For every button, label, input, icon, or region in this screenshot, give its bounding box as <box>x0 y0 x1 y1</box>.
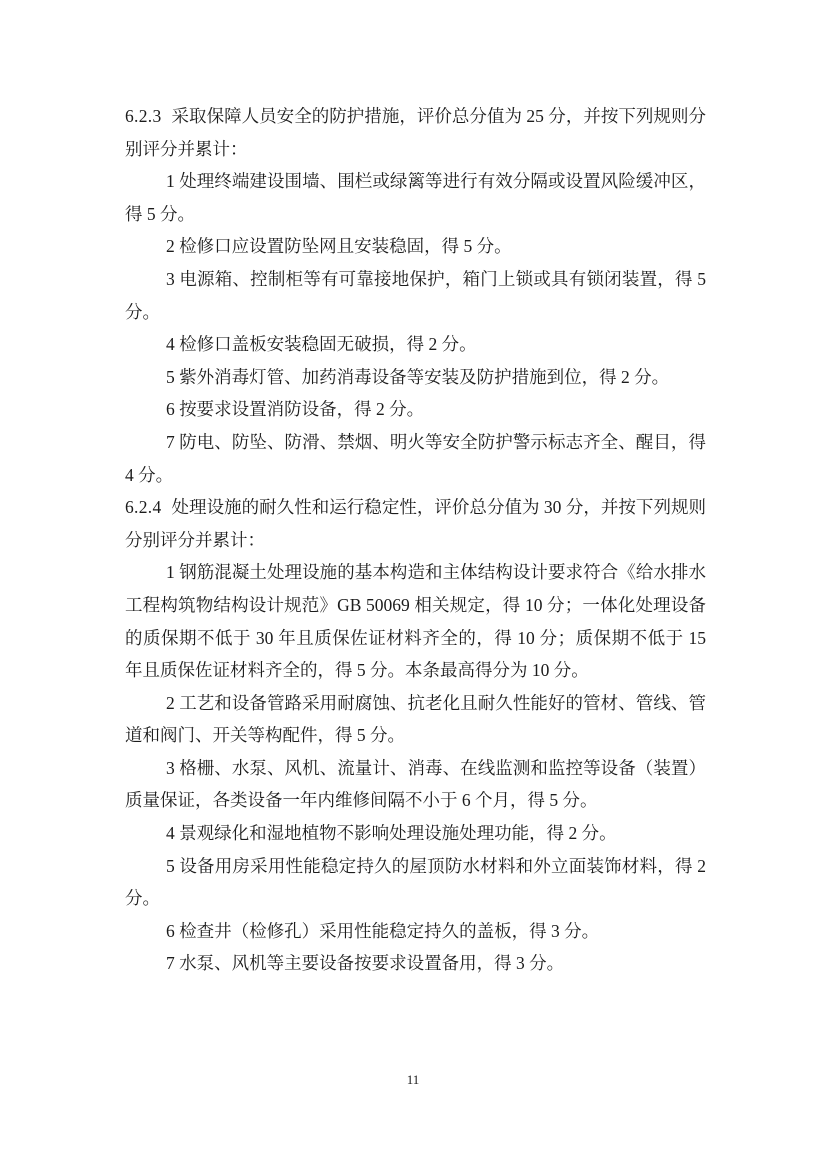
section-heading-6-2-4: 6.2.4处理设施的耐久性和运行稳定性，评价总分值为 30 分，并按下列规则分别… <box>125 491 706 556</box>
clause-item: 5 紫外消毒灯管、加药消毒设备等安装及防护措施到位，得 2 分。 <box>125 361 706 394</box>
clause-item: 3 格栅、水泵、风机、流量计、消毒、在线监测和监控等设备（装置）质量保证，各类设… <box>125 752 706 817</box>
section-number: 6.2.4 <box>125 497 162 517</box>
clause-item: 3 电源箱、控制柜等有可靠接地保护，箱门上锁或具有锁闭装置，得 5 分。 <box>125 263 706 328</box>
clause-item: 1 处理终端建设围墙、围栏或绿篱等进行有效分隔或设置风险缓冲区，得 5 分。 <box>125 165 706 230</box>
section-heading-text: 处理设施的耐久性和运行稳定性，评价总分值为 30 分，并按下列规则分别评分并累计… <box>125 497 706 550</box>
clause-item: 6 按要求设置消防设备，得 2 分。 <box>125 393 706 426</box>
clause-item: 2 工艺和设备管路采用耐腐蚀、抗老化且耐久性能好的管材、管线、管道和阀门、开关等… <box>125 687 706 752</box>
clause-item: 6 检查井（检修孔）采用性能稳定持久的盖板，得 3 分。 <box>125 915 706 948</box>
clause-item: 4 检修口盖板安装稳固无破损，得 2 分。 <box>125 328 706 361</box>
clause-item: 2 检修口应设置防坠网且安装稳固，得 5 分。 <box>125 230 706 263</box>
clause-item: 7 水泵、风机等主要设备按要求设置备用，得 3 分。 <box>125 947 706 980</box>
document-page: 6.2.3采取保障人员安全的防护措施，评价总分值为 25 分，并按下列规则分别评… <box>0 0 826 1169</box>
clause-item: 1 钢筋混凝土处理设施的基本构造和主体结构设计要求符合《给水排水工程构筑物结构设… <box>125 556 706 686</box>
clause-item: 5 设备用房采用性能稳定持久的屋顶防水材料和外立面装饰材料，得 2 分。 <box>125 850 706 915</box>
section-heading-text: 采取保障人员安全的防护措施，评价总分值为 25 分，并按下列规则分别评分并累计： <box>125 106 706 159</box>
section-heading-6-2-3: 6.2.3采取保障人员安全的防护措施，评价总分值为 25 分，并按下列规则分别评… <box>125 100 706 165</box>
section-number: 6.2.3 <box>125 106 162 126</box>
document-body: 6.2.3采取保障人员安全的防护措施，评价总分值为 25 分，并按下列规则分别评… <box>125 100 706 980</box>
page-number: 11 <box>0 1072 826 1088</box>
clause-item: 4 景观绿化和湿地植物不影响处理设施处理功能，得 2 分。 <box>125 817 706 850</box>
clause-item: 7 防电、防坠、防滑、禁烟、明火等安全防护警示标志齐全、醒目，得 4 分。 <box>125 426 706 491</box>
